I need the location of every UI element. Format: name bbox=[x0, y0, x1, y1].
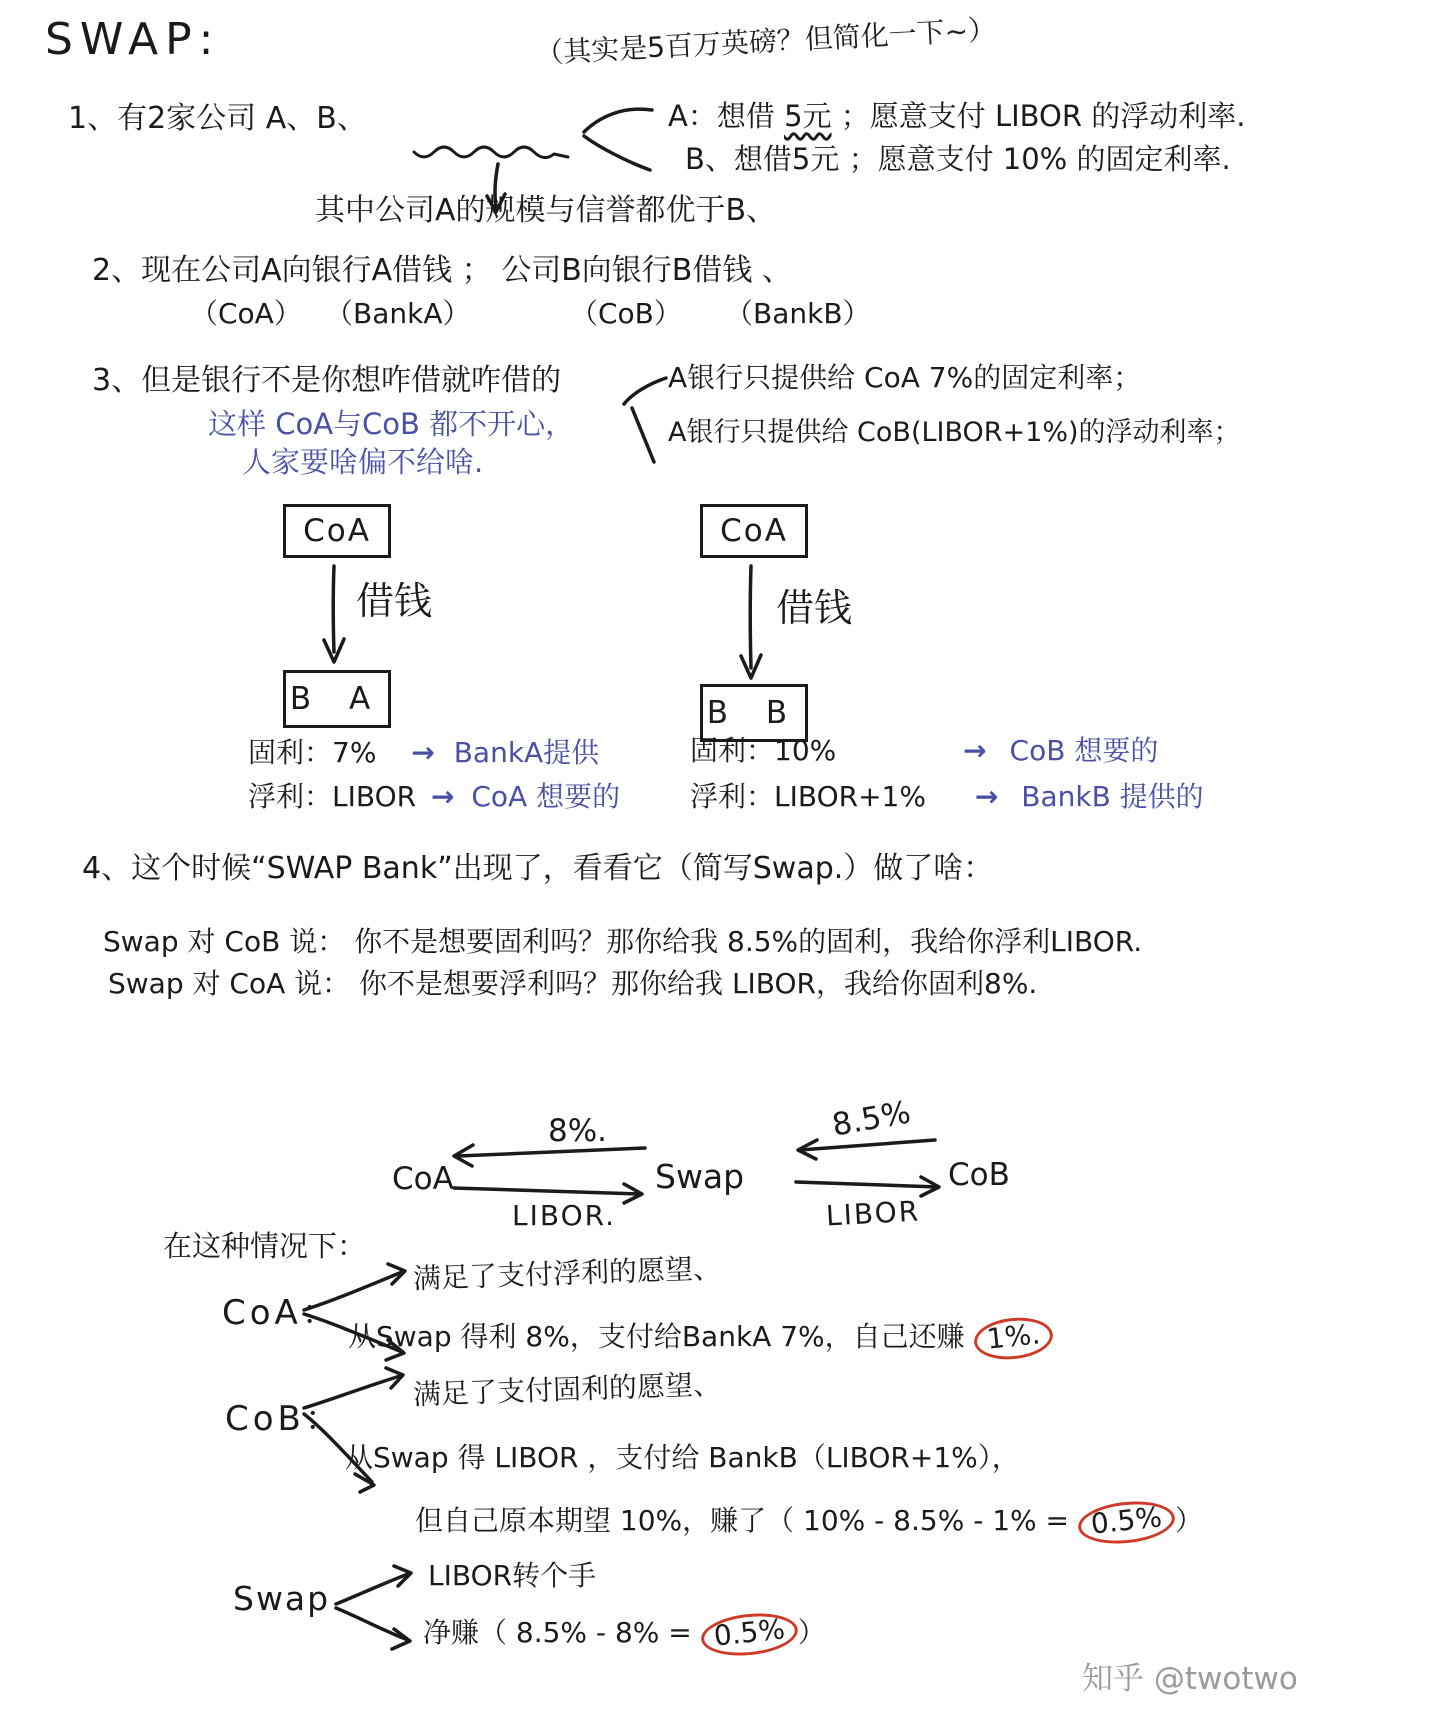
coa-benefit-1: 满足了支付浮利的愿望、 bbox=[412, 1251, 721, 1297]
borrow-label-right: 借钱 bbox=[776, 585, 852, 633]
label-coa: （CoA） bbox=[190, 296, 302, 331]
borrow-label-left: 借钱 bbox=[356, 578, 432, 626]
bank-a-box: B A bbox=[283, 670, 391, 728]
float-rate-right-line: 浮利：LIBOR+1% → BankB 提供的 bbox=[690, 779, 1204, 814]
fixed-rate-right: 固利：10% bbox=[690, 734, 836, 767]
section4-heading: 4、这个时候“SWAP Bank”出现了，看看它（简写Swap.）做了啥： bbox=[82, 850, 993, 888]
fixed-rate-right-line: 固利：10% → CoB 想要的 bbox=[690, 733, 1158, 768]
cob-benefit-3-text: 但自己原本期望 10%，赚了（ 10% - 8.5% - 1% = bbox=[415, 1504, 1078, 1537]
arrow-right-icon: → bbox=[963, 734, 986, 767]
cob-benefit-1: 满足了支付固利的愿望、 bbox=[412, 1367, 721, 1413]
intro-note: （其实是5百万英磅？但简化一下~） bbox=[534, 12, 996, 71]
arrow-right-icon: → bbox=[411, 736, 434, 769]
handwritten-swap-note: SWAP: （其实是5百万英磅？但简化一下~） 1、有2家公司 A、B、 A：想… bbox=[0, 0, 1440, 1724]
swap-benefit-1: LIBOR转个手 bbox=[428, 1558, 596, 1593]
coa-box-left: CoA bbox=[283, 504, 391, 558]
arrow-right-icon: → bbox=[975, 780, 998, 813]
coa-profit-circled: 1%. bbox=[972, 1314, 1055, 1363]
pointer-brace-icon bbox=[620, 372, 672, 468]
swap-branch-arrows-icon bbox=[330, 1562, 426, 1652]
swap-dialog-coa: Swap 对 CoA 说： 你不是想要浮利吗？那你给我 LIBOR，我给你固利8… bbox=[108, 966, 1037, 1001]
section1-heading: 1、有2家公司 A、B、 bbox=[68, 100, 367, 138]
company-a-rate-text: ；愿意支付 LIBOR 的浮动利率. bbox=[832, 99, 1246, 133]
section3-heading: 3、但是银行不是你想咋借就咋借的 bbox=[92, 362, 561, 400]
cob-benefit-2: 从Swap 得 LIBOR ，支付给 BankB（LIBOR+1%）， bbox=[345, 1440, 1020, 1475]
fixed-rate-right-note: CoB 想要的 bbox=[1010, 734, 1159, 767]
cob-benefit-3: 但自己原本期望 10%，赚了（ 10% - 8.5% - 1% = 0.5%） bbox=[415, 1502, 1203, 1543]
cob-profit-circled: 0.5% bbox=[1076, 1497, 1177, 1548]
borrow-arrow-left-icon bbox=[318, 562, 352, 668]
swap-analysis-label: Swap bbox=[233, 1578, 330, 1619]
swap-dialog-cob: Swap 对 CoB 说： 你不是想要固利吗？那你给我 8.5%的固利，我给你浮… bbox=[103, 924, 1142, 959]
coa-benefit-2-text: 从Swap 得利 8%，支付给BankA 7%，自己还赚 bbox=[348, 1320, 974, 1353]
watermark: 知乎 @twotwo bbox=[1082, 1660, 1298, 1699]
section2-heading: 2、现在公司A向银行A借钱 ； 公司B向银行B借钱 、 bbox=[92, 252, 792, 290]
label-cob: （CoB） bbox=[570, 296, 682, 331]
label-banka: （BankA） bbox=[325, 296, 470, 331]
loan-amount-underlined: 5元 bbox=[784, 99, 831, 133]
coa-benefit-2: 从Swap 得利 8%，支付给BankA 7%，自己还赚 1%. bbox=[348, 1318, 1053, 1359]
company-b-line: B、想借5元 ；愿意支付 10% 的固定利率. bbox=[685, 141, 1231, 177]
unhappy-note-2: 人家要啥偏不给啥. bbox=[242, 444, 483, 480]
float-rate-left-note: CoA 想要的 bbox=[471, 780, 620, 813]
borrow-arrow-right-icon bbox=[735, 562, 769, 684]
float-rate-left-line: 浮利：LIBOR → CoA 想要的 bbox=[248, 779, 620, 814]
float-rate-right-note: BankB 提供的 bbox=[1021, 780, 1203, 813]
section1-note: 其中公司A的规模与信誉都优于B、 bbox=[315, 192, 776, 230]
company-a-text: A：想借 bbox=[668, 99, 784, 133]
label-bankb: （BankB） bbox=[725, 296, 871, 331]
flow-arrows-icon bbox=[440, 1132, 960, 1217]
page-title: SWAP: bbox=[45, 12, 221, 67]
option-brace-icon bbox=[578, 102, 656, 172]
fixed-rate-left-line: 固利：7% → BankA提供 bbox=[248, 735, 599, 770]
fixed-rate-left: 固利：7% bbox=[248, 736, 376, 769]
swap-profit-circled: 0.5% bbox=[699, 1609, 800, 1660]
cob-benefit-3-close: ） bbox=[1175, 1504, 1203, 1537]
float-rate-right: 浮利：LIBOR+1% bbox=[690, 780, 926, 813]
coa-box-right: CoA bbox=[700, 504, 808, 558]
bank-b-offer-line: A银行只提供给 CoB(LIBOR+1%)的浮动利率； bbox=[668, 416, 1241, 450]
unhappy-note-1: 这样 CoA与CoB 都不开心， bbox=[208, 406, 574, 442]
fixed-rate-left-note: BankA提供 bbox=[454, 736, 599, 769]
float-rate-left: 浮利：LIBOR bbox=[248, 780, 416, 813]
bank-a-offer-line: A银行只提供给 CoA 7%的固定利率； bbox=[668, 360, 1141, 395]
company-a-line: A：想借 5元 ；愿意支付 LIBOR 的浮动利率. bbox=[668, 98, 1245, 134]
swap-benefit-2: 净赚（ 8.5% - 8% = 0.5%） bbox=[423, 1614, 826, 1655]
swap-benefit-2-text: 净赚（ 8.5% - 8% = bbox=[423, 1616, 701, 1649]
swap-benefit-2-close: ） bbox=[798, 1616, 826, 1649]
arrow-right-icon: → bbox=[431, 780, 454, 813]
